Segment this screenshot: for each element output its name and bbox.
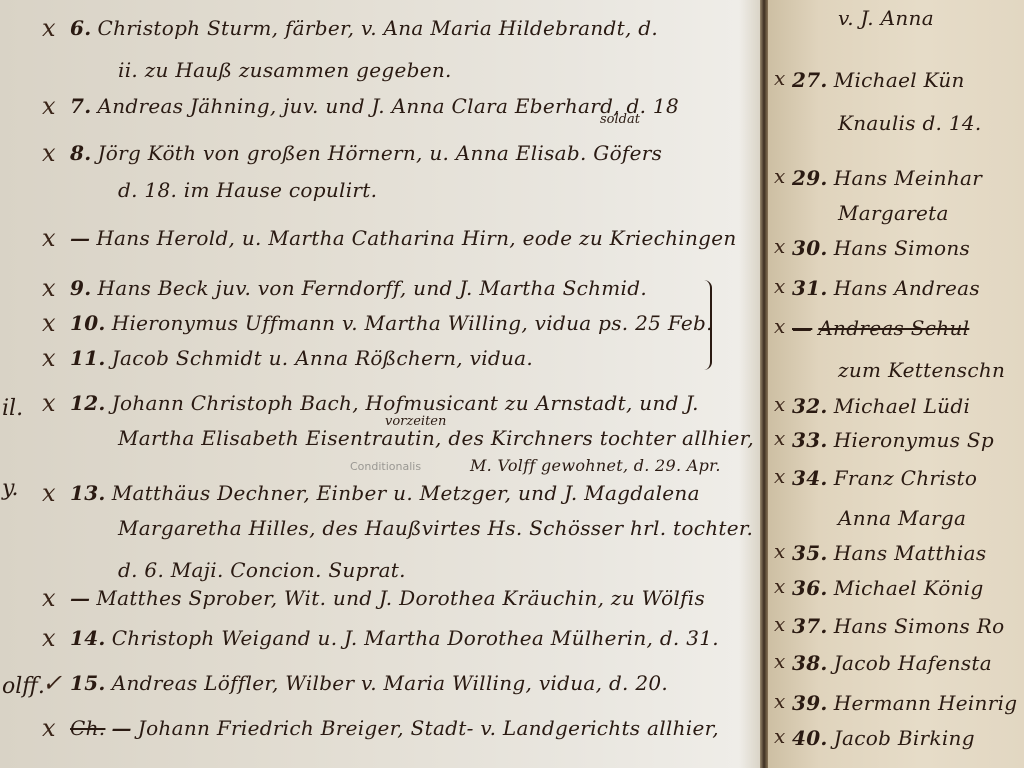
entry-mark-icon: x	[42, 14, 56, 42]
entry-mark-icon: x	[774, 426, 785, 450]
register-entry: d. 6. Maji. Concion. Suprat.	[118, 558, 406, 582]
register-entry: 27.Michael Kün	[792, 68, 965, 92]
entry-mark-icon: ✓	[42, 669, 62, 697]
margin-fragment: olff.	[2, 674, 45, 699]
entry-mark-icon: x	[774, 649, 785, 673]
entry-text: Michael Kün	[834, 68, 965, 92]
entry-text: M. Volff gewohnet, d. 29. Apr.	[470, 456, 721, 475]
entry-mark-icon: x	[774, 464, 785, 488]
book-gutter	[760, 0, 768, 768]
entry-text: Andreas Schul	[818, 316, 969, 340]
entry-text: Christoph Weigand u. J. Martha Dorothea …	[112, 626, 719, 650]
entry-number: 15.	[70, 671, 106, 695]
register-entry: d. 18. im Hause copulirt.	[118, 178, 377, 202]
entry-number: 33.	[792, 428, 828, 452]
entry-number: 29.	[792, 166, 828, 190]
entry-text: Johann Friedrich Breiger, Stadt- v. Land…	[138, 716, 719, 740]
entry-text: Hans Herold, u. Martha Catharina Hirn, e…	[96, 226, 736, 250]
entry-number: 13.	[70, 481, 106, 505]
margin-fragment: il.	[2, 396, 23, 421]
entry-number: 38.	[792, 651, 828, 675]
register-entry: 8.Jörg Köth von großen Hörnern, u. Anna …	[70, 141, 662, 165]
register-entry: zum Kettenschn	[838, 358, 1005, 382]
entry-text: Hermann Heinrig	[834, 691, 1018, 715]
entry-number: 34.	[792, 466, 828, 490]
entry-mark-icon: x	[42, 224, 56, 252]
entry-mark-icon: x	[42, 309, 56, 337]
register-entry: 10.Hieronymus Uffmann v. Martha Willing,…	[70, 311, 713, 335]
register-entry: v. J. Anna	[838, 6, 934, 30]
register-entry: 36.Michael König	[792, 576, 984, 600]
entry-mark-icon: x	[774, 612, 785, 636]
entry-text: Jacob Birking	[834, 726, 975, 750]
entry-number: 36.	[792, 576, 828, 600]
entry-mark-icon: x	[42, 344, 56, 372]
entry-mark-icon: x	[774, 274, 785, 298]
register-entry: 7.Andreas Jähning, juv. und J. Anna Clar…	[70, 94, 679, 118]
entry-number: 30.	[792, 236, 828, 260]
entry-number: 40.	[792, 726, 828, 750]
right-page: v. J. Annax27.Michael KünKnaulis d. 14.x…	[768, 0, 1024, 768]
entry-mark-icon: x	[774, 539, 785, 563]
register-entry: 35.Hans Matthias	[792, 541, 986, 565]
margin-fragment: y.	[2, 476, 19, 501]
register-entry: 40.Jacob Birking	[792, 726, 975, 750]
entry-mark-icon: x	[42, 714, 56, 742]
entry-number: 11.	[70, 346, 106, 370]
entry-number: —	[111, 716, 131, 740]
register-entry: 39.Hermann Heinrig	[792, 691, 1017, 715]
entry-text: Anna Marga	[838, 506, 966, 530]
register-entry: —Matthes Sprober, Wit. und J. Dorothea K…	[70, 586, 705, 610]
entry-mark-icon: x	[774, 724, 785, 748]
interlinear-note: vorzeiten	[385, 414, 446, 429]
entry-text: v. J. Anna	[838, 6, 934, 30]
entry-mark-icon: x	[42, 479, 56, 507]
register-entry: 15.Andreas Löffler, Wilber v. Maria Will…	[70, 671, 668, 695]
register-entry: Ch.—Johann Friedrich Breiger, Stadt- v. …	[70, 716, 719, 740]
entry-number: —	[70, 586, 90, 610]
entry-number: 9.	[70, 276, 91, 300]
entry-number: 31.	[792, 276, 828, 300]
interlinear-note: soldat	[600, 112, 640, 127]
entry-text: Jacob Schmidt u. Anna Rößchern, vidua.	[112, 346, 533, 370]
entry-text: Jacob Hafensta	[834, 651, 992, 675]
entry-number: —	[70, 226, 90, 250]
entry-number: 35.	[792, 541, 828, 565]
entry-mark-icon: x	[42, 624, 56, 652]
entry-text: Hans Beck juv. von Ferndorff, und J. Mar…	[97, 276, 647, 300]
register-entry: 34.Franz Christo	[792, 466, 977, 490]
entry-mark-icon: x	[42, 584, 56, 612]
register-entry: M. Volff gewohnet, d. 29. Apr.	[470, 456, 721, 475]
register-entry: 11.Jacob Schmidt u. Anna Rößchern, vidua…	[70, 346, 533, 370]
entry-number: 37.	[792, 614, 828, 638]
entry-text: Hans Andreas	[834, 276, 980, 300]
entry-number: —	[792, 316, 812, 340]
entry-text: Margaretha Hilles, des Haußvirtes Hs. Sc…	[118, 516, 753, 540]
left-page: il.y.olff.x6.Christoph Sturm, färber, v.…	[0, 0, 762, 768]
register-entry: 37.Hans Simons Ro	[792, 614, 1004, 638]
entry-text: Hieronymus Sp	[834, 428, 994, 452]
register-entry: Margaretha Hilles, des Haußvirtes Hs. Sc…	[118, 516, 753, 540]
register-entry: 13.Matthäus Dechner, Einber u. Metzger, …	[70, 481, 700, 505]
entry-mark-icon: x	[774, 164, 785, 188]
entry-text: Hans Simons	[834, 236, 970, 260]
entry-mark-icon: x	[42, 274, 56, 302]
register-entry: 38.Jacob Hafensta	[792, 651, 992, 675]
pencil-annotation: Conditionalis	[350, 460, 421, 473]
register-entry: 6.Christoph Sturm, färber, v. Ana Maria …	[70, 16, 658, 40]
entry-text: d. 18. im Hause copulirt.	[118, 178, 377, 202]
entry-text: d. 6. Maji. Concion. Suprat.	[118, 558, 406, 582]
register-entry: Margareta	[838, 201, 949, 225]
entry-text: Johann Christoph Bach, Hofmusicant zu Ar…	[112, 391, 699, 415]
entry-mark-icon: x	[774, 392, 785, 416]
register-entry: —Hans Herold, u. Martha Catharina Hirn, …	[70, 226, 737, 250]
register-entry: Martha Elisabeth Eisentrautin, des Kirch…	[118, 426, 754, 450]
entry-number: 7.	[70, 94, 91, 118]
register-entry: 12.Johann Christoph Bach, Hofmusicant zu…	[70, 391, 699, 415]
entry-mark-icon: x	[42, 92, 56, 120]
entry-mark-icon: x	[774, 574, 785, 598]
register-entry: 33.Hieronymus Sp	[792, 428, 994, 452]
register-entry: 14.Christoph Weigand u. J. Martha Doroth…	[70, 626, 719, 650]
entry-text: ii. zu Hauß zusammen gegeben.	[118, 58, 452, 82]
entry-mark-icon: x	[774, 234, 785, 258]
entry-text: Hans Meinhar	[834, 166, 982, 190]
entry-mark-icon: x	[42, 139, 56, 167]
entry-text: Hans Simons Ro	[834, 614, 1005, 638]
register-entry: 30.Hans Simons	[792, 236, 970, 260]
entry-text: Christoph Sturm, färber, v. Ana Maria Hi…	[97, 16, 658, 40]
entry-text: Michael Lüdi	[834, 394, 970, 418]
register-entry: 31.Hans Andreas	[792, 276, 980, 300]
entry-mark-icon: x	[774, 689, 785, 713]
bracket-mark	[700, 280, 712, 370]
entry-number: 14.	[70, 626, 106, 650]
entry-number: 27.	[792, 68, 828, 92]
entry-number: 10.	[70, 311, 106, 335]
entry-text: Andreas Löffler, Wilber v. Maria Willing…	[112, 671, 668, 695]
entry-number: 8.	[70, 141, 91, 165]
entry-number: 39.	[792, 691, 828, 715]
register-entry: ii. zu Hauß zusammen gegeben.	[118, 58, 452, 82]
entry-number: 12.	[70, 391, 106, 415]
struck-text: Ch.	[70, 716, 105, 740]
register-entry: Anna Marga	[838, 506, 966, 530]
entry-text: Matthäus Dechner, Einber u. Metzger, und…	[112, 481, 700, 505]
entry-text: Jörg Köth von großen Hörnern, u. Anna El…	[97, 141, 662, 165]
entry-mark-icon: x	[774, 66, 785, 90]
entry-number: 6.	[70, 16, 91, 40]
entry-number: 32.	[792, 394, 828, 418]
register-entry: —Andreas Schul	[792, 316, 969, 340]
entry-text: Knaulis d. 14.	[838, 111, 982, 135]
entry-text: Martha Elisabeth Eisentrautin, des Kirch…	[118, 426, 754, 450]
register-entry: 32.Michael Lüdi	[792, 394, 970, 418]
entry-text: zum Kettenschn	[838, 358, 1005, 382]
entry-text: Matthes Sprober, Wit. und J. Dorothea Kr…	[96, 586, 705, 610]
entry-text: Michael König	[834, 576, 984, 600]
entry-text: Andreas Jähning, juv. und J. Anna Clara …	[97, 94, 679, 118]
entry-mark-icon: x	[774, 314, 785, 338]
register-entry: Knaulis d. 14.	[838, 111, 982, 135]
register-entry: 9.Hans Beck juv. von Ferndorff, und J. M…	[70, 276, 647, 300]
entry-text: Hieronymus Uffmann v. Martha Willing, vi…	[112, 311, 713, 335]
entry-text: Franz Christo	[834, 466, 978, 490]
register-entry: 29.Hans Meinhar	[792, 166, 982, 190]
entry-text: Margareta	[838, 201, 949, 225]
entry-text: Hans Matthias	[834, 541, 987, 565]
entry-mark-icon: x	[42, 389, 56, 417]
